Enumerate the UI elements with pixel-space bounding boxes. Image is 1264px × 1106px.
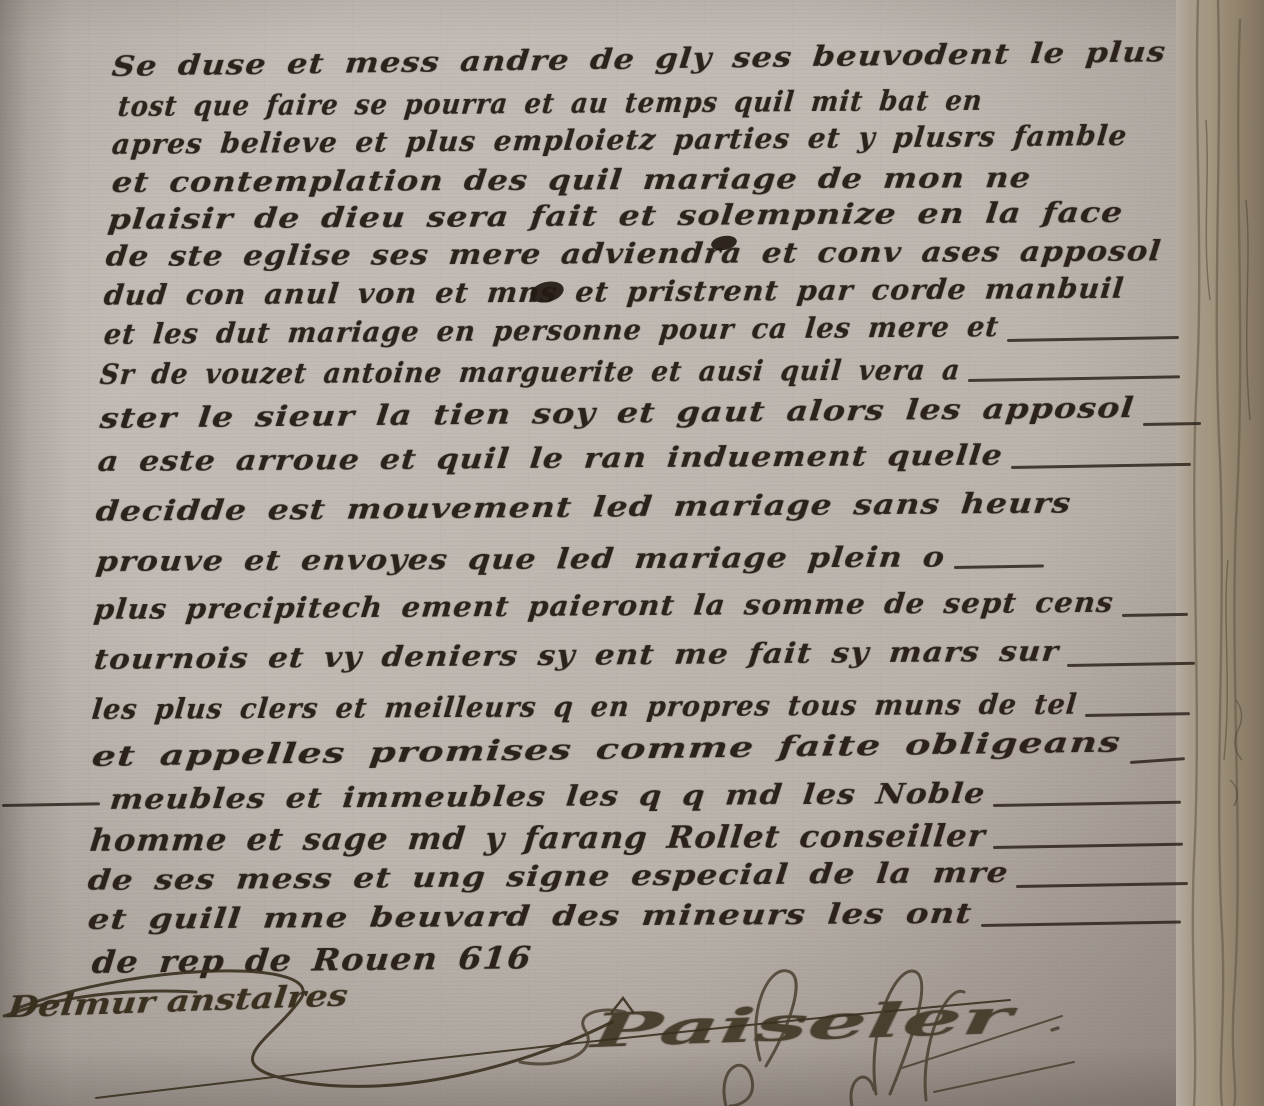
- manuscript-line: les plus clers et meilleurs q en propres…: [90, 688, 1079, 726]
- manuscript-photo: Se duse et mess andre de gly ses beuvode…: [0, 0, 1264, 1106]
- line-filler-stroke: [1067, 661, 1195, 666]
- line-filler-stroke: [1011, 463, 1191, 469]
- manuscript-line: prouve et envoyes que led mariage plein …: [94, 541, 947, 578]
- manuscript-line: a este arroue et quil le ran induement q…: [96, 439, 1004, 478]
- manuscript-line: de rep de Rouen 616: [90, 940, 533, 981]
- line-filler-stroke: [993, 843, 1183, 849]
- manuscript-line: Sr de vouzet antoine marguerite et ausi …: [98, 353, 962, 391]
- manuscript-text-block: Se duse et mess andre de gly ses beuvode…: [0, 0, 1264, 1106]
- manuscript-line: meubles et immeubles les q q md les Nobl…: [108, 777, 987, 816]
- line-filler-stroke: [968, 375, 1180, 382]
- line-filler-stroke: [1085, 712, 1190, 717]
- manuscript-line: plaisir de dieu sera fait et solempnize …: [106, 196, 1125, 236]
- manuscript-line: apres believe et plus emploietz parties …: [110, 119, 1128, 161]
- line-filler-stroke: [1122, 613, 1188, 617]
- manuscript-line: ster le sieur la tien soy et gaut alors …: [98, 391, 1136, 435]
- manuscript-line: tost que faire se pourra et au temps qui…: [116, 84, 984, 123]
- manuscript-line: plus precipitech ement paieront la somme…: [92, 586, 1115, 626]
- line-filler-stroke: [981, 920, 1181, 926]
- line-filler-stroke: [1130, 757, 1185, 764]
- manuscript-line: homme et sage md y farang Rollet conseil…: [88, 818, 987, 859]
- manuscript-line: de ste eglise ses mere adviendra et conv…: [104, 234, 1163, 273]
- manuscript-line: tournois et vy deniers sy ent me fait sy…: [92, 635, 1060, 676]
- manuscript-line: Se duse et mess andre de gly ses beuvode…: [110, 35, 1167, 83]
- line-filler-stroke: [993, 800, 1181, 806]
- manuscript-line: decidde est mouvement led mariage sans h…: [94, 486, 1073, 528]
- line-filler-stroke: [1016, 882, 1188, 888]
- manuscript-line: et contemplation des quil mariage de mon…: [110, 161, 1033, 199]
- manuscript-line: de ses mess et ung signe especial de la …: [86, 856, 1010, 897]
- line-filler-stroke: [1143, 422, 1201, 426]
- manuscript-line: et appelles promises comme faite obligea…: [90, 726, 1122, 773]
- line-filler-stroke: [954, 564, 1044, 569]
- manuscript-line: et guill mne beuvard des mineurs les ont: [86, 897, 974, 936]
- line-filler-stroke: [1007, 336, 1179, 342]
- line-filler-stroke: [2, 802, 100, 807]
- manuscript-line: dud con anul von et mns et pristrent par…: [102, 272, 1126, 312]
- manuscript-line: et les dut mariage en personne pour ca l…: [102, 310, 1000, 351]
